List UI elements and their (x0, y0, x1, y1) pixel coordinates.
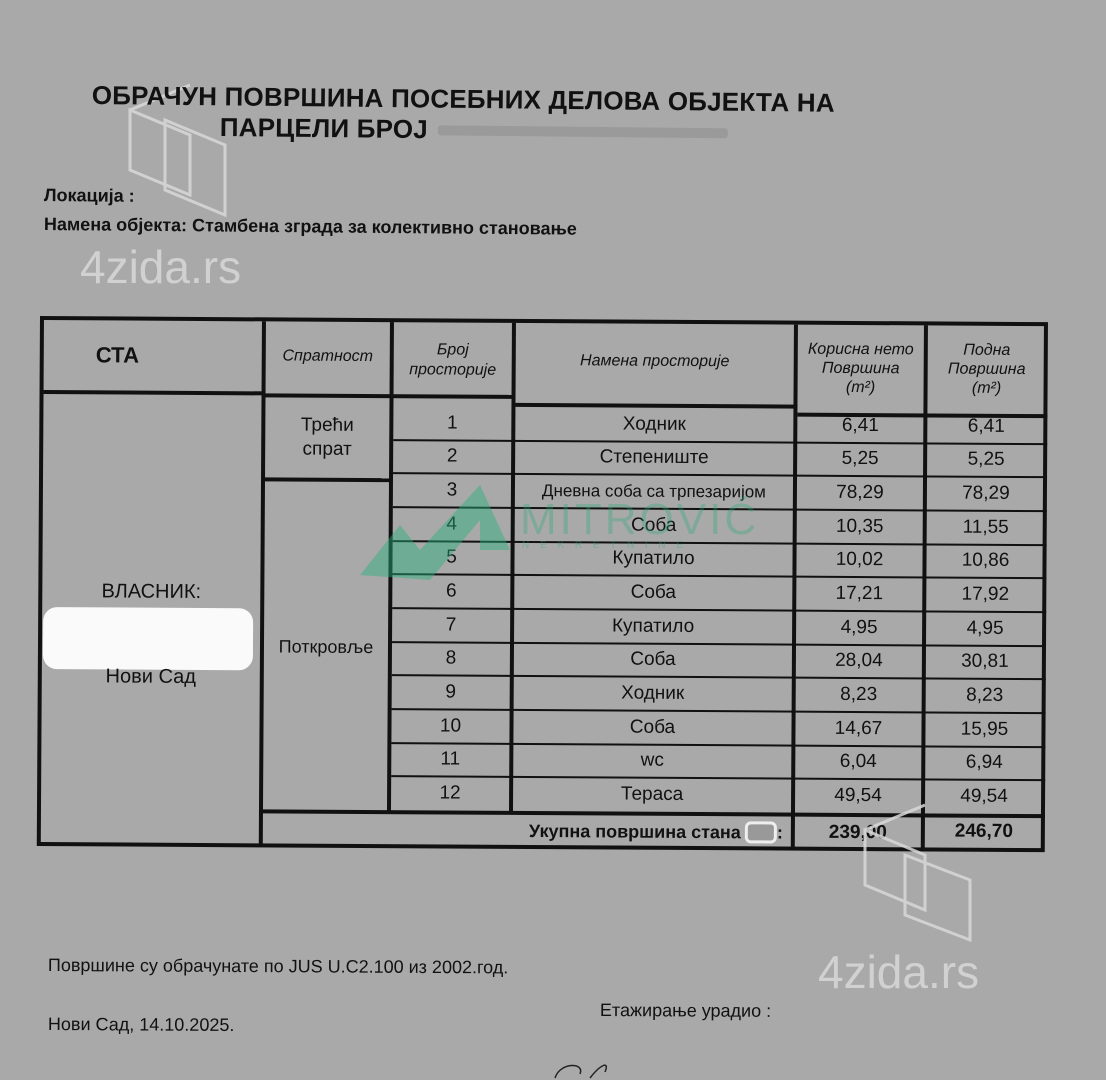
redacted-parcel-number (438, 125, 728, 138)
signature-icon (550, 1060, 670, 1080)
4zida-watermark-bottom: 4zida.rs (818, 945, 979, 999)
header-room-purpose: Намена просторије (516, 323, 794, 401)
floor-attic-text: Поткровље (279, 636, 374, 658)
net-area: 10,02 (796, 543, 922, 577)
room-name: wc (513, 744, 791, 779)
building-purpose: Намена објекта: Стамбена зграда за колек… (44, 214, 577, 240)
room-number: 1 (393, 406, 511, 440)
location-label: Локација : (44, 185, 135, 207)
floor-area: 6,94 (925, 746, 1043, 780)
room-name-text: Ходник (623, 413, 686, 435)
net-area-text: 14,67 (835, 718, 883, 740)
floor-area: 15,95 (925, 712, 1043, 746)
room-name: Купатило (514, 609, 792, 644)
header-room-no: Број просторије (394, 322, 512, 399)
document-title-line2: ПАРЦЕЛИ БРОЈ (220, 112, 728, 148)
room-name: Тераса (513, 777, 791, 812)
room-name: Степениште (515, 441, 793, 476)
floor-area-text: 30,81 (961, 651, 1009, 673)
room-name-text: Ходник (621, 683, 684, 705)
floor-area-text: 5,25 (968, 449, 1005, 471)
net-area-text: 10,02 (836, 549, 884, 571)
header-floor-area: Подна Површина (m²) (927, 325, 1046, 412)
room-number-text: 1 (447, 412, 458, 434)
net-area-text: 5,25 (842, 448, 879, 470)
room-number: 8 (392, 642, 510, 676)
net-area-text: 6,04 (840, 751, 877, 773)
room-number-text: 11 (440, 749, 460, 771)
room-name-text: Купатило (612, 615, 694, 638)
agency-watermark-name: MITROVIĆ (520, 495, 759, 545)
place-date: Нови Сад, 14.10.2025. (48, 1014, 235, 1036)
net-area-text: 6,41 (842, 415, 879, 437)
header-room-purpose-text: Намена просторије (580, 351, 729, 372)
net-area: 28,04 (796, 644, 922, 678)
watermark-site-name: 4zida (80, 241, 190, 293)
agency-watermark-sub: N E K R E T N I N E (522, 540, 687, 551)
floor-area-text: 4,95 (967, 617, 1004, 639)
room-name: Ходник (514, 676, 792, 711)
header-unit: СТА (44, 320, 262, 391)
floor-third-l1: Трећи (301, 414, 354, 438)
room-name: Соба (514, 643, 792, 678)
room-name: Соба (514, 575, 792, 610)
total-label: Укупна површина стана (529, 820, 741, 842)
room-number: 12 (391, 776, 509, 810)
floor-area-text: 6,94 (966, 752, 1003, 774)
room-number-text: 7 (446, 614, 457, 636)
header-net-l1: Корисна нето (808, 339, 914, 359)
net-area: 5,25 (797, 442, 923, 476)
floor-area: 10,86 (926, 544, 1044, 578)
floor-area-text: 8,23 (966, 685, 1003, 707)
header-floor-area-l1: Подна (963, 340, 1010, 359)
net-area: 14,67 (795, 712, 921, 746)
room-name-text: Степениште (600, 447, 709, 470)
room-number: 9 (392, 675, 510, 709)
room-name-text: Соба (631, 582, 676, 604)
room-number: 2 (393, 440, 511, 474)
purpose-label: Намена објекта: (44, 214, 187, 235)
net-area-text: 4,95 (841, 617, 878, 639)
net-area-text: 78,29 (836, 482, 884, 504)
net-area-text: 10,35 (836, 516, 884, 538)
header-room-no-l1: Број (437, 340, 469, 360)
room-number-text: 12 (439, 783, 460, 805)
room-name-text: wc (641, 750, 664, 772)
floor-area: 5,25 (927, 443, 1045, 477)
floor-area: 78,29 (927, 477, 1045, 511)
room-name-text: Тераса (621, 784, 683, 806)
floor-area: 30,81 (926, 645, 1044, 679)
room-number-text: 8 (446, 648, 457, 670)
watermark-site-tld: .rs (190, 241, 241, 293)
net-area-text: 8,23 (840, 684, 877, 706)
net-area-text: 28,04 (835, 650, 883, 672)
room-name-text: Соба (630, 716, 675, 738)
4zida-watermark-top: 4zida.rs (80, 240, 241, 294)
room-number: 10 (391, 709, 509, 743)
net-area: 78,29 (797, 476, 923, 510)
floor-area: 8,23 (926, 679, 1044, 713)
room-number-text: 2 (447, 446, 458, 468)
floor-third-l2: спрат (303, 438, 352, 462)
header-room-no-l2: просторије (409, 360, 496, 381)
room-name: Соба (513, 710, 791, 745)
owner-label: ВЛАСНИК: (101, 580, 201, 604)
floor-area-text: 15,95 (961, 718, 1009, 740)
header-net-area: Корисна нето Површина (m²) (797, 325, 924, 412)
floor-area: 17,92 (926, 578, 1044, 612)
room-name: Ходник (515, 407, 793, 442)
room-number-text: 9 (445, 682, 456, 704)
total-colon: : (777, 822, 783, 843)
prepared-by-label: Етажирање урадио : (600, 1000, 771, 1022)
header-net-l2: Површина (822, 358, 900, 377)
purpose-value: Стамбена зграда за колективно становање (192, 215, 577, 238)
redacted-unit-number (745, 821, 777, 843)
watermark-site-tld: .rs (928, 946, 979, 998)
total-label-cell: Укупна површина стана : (263, 813, 791, 848)
standard-note: Површине су обрачунате по JUS U.C2.100 и… (48, 955, 508, 978)
net-area: 10,35 (797, 510, 923, 544)
net-area: 8,23 (796, 678, 922, 712)
owner-cell: ВЛАСНИК: Нови Сад (41, 394, 262, 845)
room-number-text: 10 (440, 715, 461, 737)
area-table: СТА Спратност Број просторије Намена про… (37, 316, 1048, 852)
redacted-owner-name (43, 607, 253, 670)
header-floor-text: Спратност (282, 346, 373, 367)
floor-area-text: 78,29 (962, 483, 1010, 505)
floor-area: 11,55 (927, 510, 1045, 544)
header-unit-text: СТА (96, 342, 139, 368)
net-area: 4,95 (796, 611, 922, 645)
room-number: 7 (392, 608, 510, 642)
header-floor-area-unit: (m²) (972, 378, 1001, 397)
net-area: 17,21 (796, 577, 922, 611)
room-number-text: 6 (446, 581, 457, 603)
room-name-text: Купатило (612, 548, 694, 571)
floor-area-text: 6,41 (968, 415, 1005, 437)
parcel-label: ПАРЦЕЛИ БРОЈ (220, 112, 428, 145)
header-net-unit: (m²) (846, 377, 875, 396)
floor-area-text: 11,55 (963, 516, 1009, 538)
header-floor: Спратност (266, 321, 390, 392)
net-area-text: 17,21 (835, 583, 883, 605)
owner-city: Нови Сад (106, 665, 197, 689)
floor-area: 4,95 (926, 611, 1044, 645)
header-floor-area-l2: Површина (948, 359, 1026, 378)
watermark-site-name: 4zida (818, 946, 928, 998)
room-name-text: Соба (630, 649, 675, 671)
agency-logo-watermark-icon (360, 480, 520, 580)
floor-area-text: 10,86 (962, 550, 1010, 572)
room-number: 11 (391, 743, 509, 777)
4zida-logo-watermark-icon-bottom (860, 800, 990, 950)
floor-third: Трећи спрат (265, 397, 389, 478)
floor-area-text: 17,92 (961, 584, 1009, 606)
net-area: 6,04 (795, 745, 921, 779)
